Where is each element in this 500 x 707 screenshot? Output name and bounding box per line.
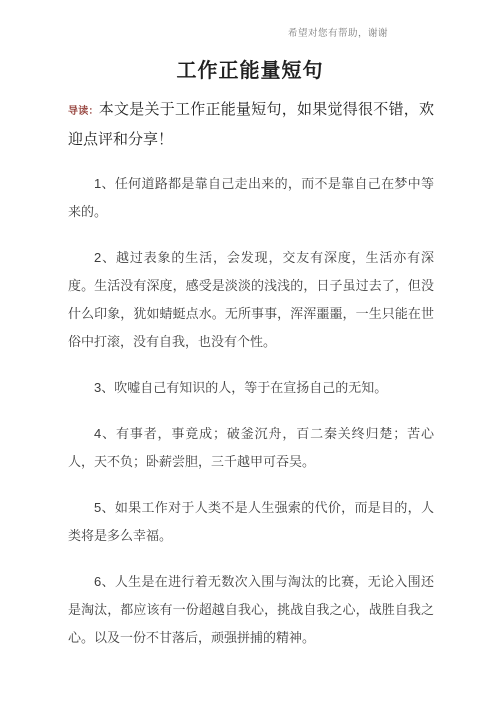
quote-item-3: 3、吹嘘自己有知识的人，等于在宣扬自己的无知。 (68, 374, 434, 402)
quote-item-1: 1、任何道路都是靠自己走出来的，而不是靠自己在梦中等来的。 (68, 170, 434, 226)
quote-item-2: 2、越过表象的生活，会发现，交友有深度，生活亦有深度。生活没有深度，感受是淡淡的… (68, 244, 434, 356)
intro-label: 导读： (68, 106, 99, 117)
intro-text: 本文是关于工作正能量短句，如果觉得很不错，欢迎点评和分享！ (68, 102, 434, 148)
quote-item-5: 5、如果工作对于人类不是人生强索的代价，而是目的，人类将是多么幸福。 (68, 494, 434, 550)
quote-item-6: 6、人生是在进行着无数次入围与淘汰的比赛，无论入围还是淘汰，都应该有一份超越自我… (68, 568, 434, 652)
document-page: 希望对您有帮助，谢谢 工作正能量短句 导读：本文是关于工作正能量短句，如果觉得很… (0, 0, 500, 707)
intro-paragraph: 导读：本文是关于工作正能量短句，如果觉得很不错，欢迎点评和分享！ (68, 96, 434, 155)
page-title: 工作正能量短句 (0, 54, 500, 83)
quote-list: 1、任何道路都是靠自己走出来的，而不是靠自己在梦中等来的。 2、越过表象的生活，… (68, 170, 434, 652)
quote-item-4: 4、有事者，事竟成；破釜沉舟，百二秦关终归楚；苦心人，天不负；卧薪尝胆，三千越甲… (68, 420, 434, 476)
document-body: 导读：本文是关于工作正能量短句，如果觉得很不错，欢迎点评和分享！ 1、任何道路都… (0, 96, 500, 652)
header-note: 希望对您有帮助，谢谢 (0, 0, 500, 39)
